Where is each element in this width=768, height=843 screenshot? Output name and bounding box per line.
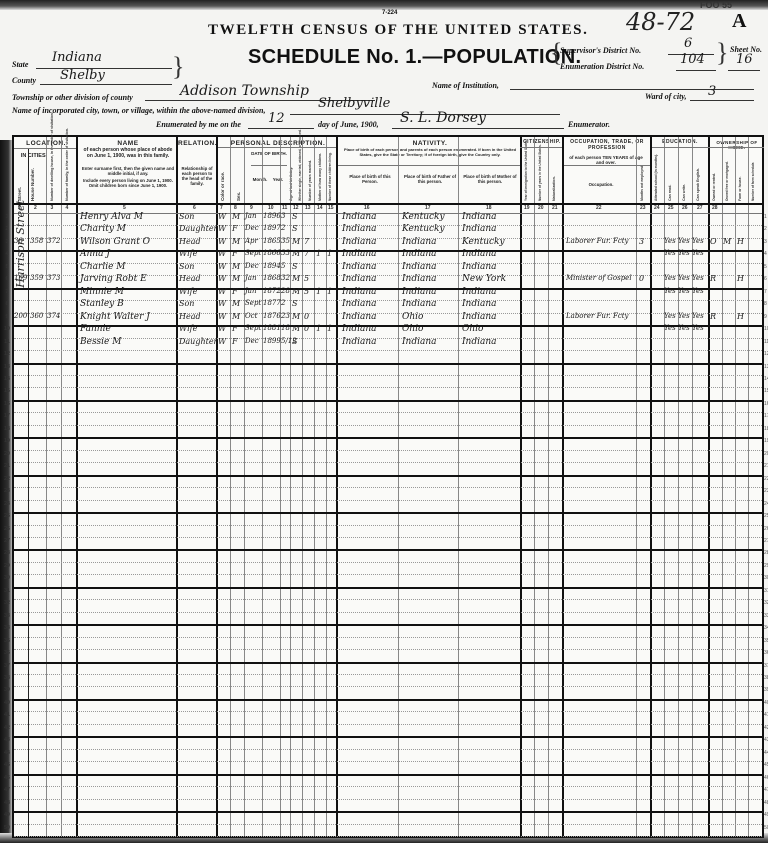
relation: Wife: [179, 287, 197, 296]
column-number: 4: [66, 205, 69, 211]
grid-row-line: [14, 574, 762, 575]
grid-row-line: [14, 662, 762, 664]
line-number-right: 30: [764, 575, 768, 581]
years-married: 0: [304, 312, 309, 321]
grid-row-line: [14, 774, 762, 776]
grid-row-line: [14, 203, 762, 205]
sex: M: [232, 262, 240, 271]
grid-row-line: [14, 500, 762, 501]
birthplace: Indiana: [342, 287, 377, 297]
enumerated-prefix: Enumerated by me on the: [156, 120, 241, 129]
line-number-right: 36: [764, 650, 768, 656]
years-married: 5: [304, 287, 309, 296]
birth-year: 1877: [263, 299, 281, 307]
years-married: 5: [304, 274, 309, 283]
header-month: Month.: [251, 177, 269, 182]
line-number-right: 40: [764, 700, 768, 706]
birthplace: Indiana: [342, 337, 377, 347]
enumerator-line: [392, 128, 564, 129]
line-number: 27: [2, 538, 12, 544]
township-value: Addison Township: [180, 83, 309, 99]
line-number: 38: [2, 675, 12, 681]
line-number-right: 27: [764, 538, 768, 544]
person-name: Charlie M: [80, 262, 126, 272]
occupation: Minister of Gospel: [566, 274, 632, 282]
person-name: Fannie: [80, 324, 111, 334]
line-number: 14: [2, 376, 12, 382]
color: W: [218, 324, 226, 333]
enumeration-line: [676, 70, 716, 71]
can-write: Yes: [678, 312, 690, 320]
line-number-right: 13: [764, 364, 768, 370]
vheader-naturalization: Naturalization.: [552, 163, 556, 201]
birth-year: 1866: [263, 249, 281, 257]
sex: M: [232, 312, 240, 321]
age: 35: [281, 237, 290, 245]
grid-row-line: [14, 599, 762, 600]
grid-row-line: [14, 724, 762, 725]
line-number: 2: [2, 226, 12, 232]
line-number-right: 21: [764, 463, 768, 469]
birth-year: 1868: [263, 274, 281, 282]
father-birthplace: Indiana: [402, 237, 437, 247]
dwelling-number: 360: [30, 312, 43, 320]
line-number: 41: [2, 712, 12, 718]
vheader-can-read: Can read.: [668, 171, 672, 201]
header-year: Year.: [269, 177, 287, 182]
can-write: Yes: [678, 324, 690, 332]
sex: M: [232, 274, 240, 283]
enumeration-value: 104: [680, 52, 705, 67]
birthplace: Indiana: [342, 274, 377, 284]
can-read: Yes: [664, 312, 676, 320]
color: W: [218, 312, 226, 321]
column-number: 16: [364, 205, 370, 211]
vheader-owned-rented: Owned or rented.: [712, 159, 716, 201]
can-read: Yes: [664, 237, 676, 245]
grid-row-line: [14, 761, 762, 762]
birth-month: Apr: [245, 237, 258, 245]
mother-birthplace: Indiana: [462, 312, 497, 322]
vheader-years-in-us: Number of years in the United States.: [538, 151, 542, 201]
line-number-right: 10: [764, 326, 768, 332]
farm-house: H: [737, 237, 744, 246]
line-number-right: 19: [764, 438, 768, 444]
line-number: 16: [2, 401, 12, 407]
line-number: 4: [2, 251, 12, 257]
birth-year: 1899: [263, 337, 281, 345]
years-married: 7: [304, 249, 309, 258]
line-number: 20: [2, 451, 12, 457]
age: 2: [281, 224, 285, 232]
line-number-right: 20: [764, 451, 768, 457]
relation: Wife: [179, 324, 197, 333]
state-value: Indiana: [52, 50, 102, 65]
mother-birthplace: Indiana: [462, 249, 497, 259]
vheader-color: Color or race.: [220, 177, 225, 201]
vheader-owned-free: Owned free or mortgaged.: [725, 153, 729, 201]
mother-of: 1: [316, 249, 321, 258]
column-number: 8: [234, 205, 237, 211]
column-number: 5: [123, 205, 126, 211]
grid-row-line: [14, 699, 762, 701]
relation: Daughter: [179, 337, 217, 346]
sex: F: [232, 324, 238, 333]
line-number: 24: [2, 501, 12, 507]
header-name-desc: of each person whose place of abode on J…: [80, 148, 176, 160]
family-number: 373: [47, 274, 60, 282]
grid-row-line: [14, 562, 762, 563]
line-number: 1: [2, 214, 12, 220]
father-birthplace: Indiana: [402, 337, 437, 347]
birth-year: 1894: [263, 262, 281, 270]
vheader-attended-school: Attended school (in months).: [654, 157, 658, 201]
state-label: State: [12, 60, 28, 69]
line-number-right: 44: [764, 750, 768, 756]
sheet-letter: A: [732, 10, 746, 33]
grid-row-line: [14, 836, 762, 837]
line-number: 23: [2, 488, 12, 494]
grid-row-line: [14, 400, 762, 402]
line-number: 3: [2, 239, 12, 245]
header-occupation-sub: Occupation.: [566, 183, 636, 188]
line-number: 28: [2, 550, 12, 556]
occupation: Laborer Fur. Fcty: [566, 237, 629, 245]
marital-status: S: [292, 337, 297, 346]
line-number: 7: [2, 289, 12, 295]
mother-of: 1: [316, 287, 321, 296]
birthplace: Indiana: [342, 312, 377, 322]
grid-row-line: [520, 147, 562, 148]
line-number-right: 4: [764, 251, 768, 257]
line-number: 8: [2, 301, 12, 307]
line-number: 11: [2, 339, 12, 345]
ward-label: Ward of city,: [645, 92, 687, 101]
grid-row-line: [14, 686, 762, 687]
grid-row-line: [14, 525, 762, 526]
vheader-months-unemployed: Months not employed.: [640, 171, 644, 201]
relation: Son: [179, 299, 194, 308]
birth-month: Jan: [245, 287, 257, 295]
column-number: 3: [51, 205, 54, 211]
grid-row-line: [14, 450, 762, 451]
line-number-right: 26: [764, 526, 768, 532]
grid-row-line: [14, 512, 762, 514]
line-number-right: 25: [764, 513, 768, 519]
birthplace: Indiana: [342, 262, 377, 272]
line-number-right: 22: [764, 476, 768, 482]
grid-row-line: [14, 587, 762, 589]
age: 5: [281, 262, 285, 270]
grid-row-line: [14, 824, 762, 825]
county-value: Shelby: [60, 68, 105, 83]
birth-month: Sept: [245, 299, 261, 307]
age: 23: [281, 312, 290, 320]
family-number: 374: [47, 312, 60, 320]
line-number: 35: [2, 638, 12, 644]
birth-year: 1876: [263, 312, 281, 320]
age: 28: [281, 287, 290, 295]
can-write: Yes: [678, 249, 690, 257]
header-education: EDUCATION.: [652, 140, 708, 146]
birth-month: Dec: [245, 224, 259, 232]
grid-row-line: [14, 711, 762, 712]
sheet-line: [728, 70, 760, 71]
line-number-right: 49: [764, 812, 768, 818]
farm-house: H: [737, 274, 744, 283]
supervisor-value: 6: [684, 36, 692, 51]
birth-year: 1881: [263, 324, 281, 332]
column-number: 14: [317, 205, 323, 211]
grid-row-line: [14, 338, 762, 339]
vheader-farm-house: Farm or house.: [738, 159, 742, 201]
vheader-can-write: Can write.: [682, 171, 686, 201]
ward-value: 3: [708, 84, 716, 99]
grid-row-line: [708, 147, 764, 148]
birthplace: Indiana: [342, 249, 377, 259]
grid-row-line: [14, 225, 762, 226]
birth-month: Jan: [245, 274, 257, 282]
line-number-right: 33: [764, 613, 768, 619]
person-name: Jarving Robt E: [80, 274, 147, 284]
house-number: 200: [14, 312, 27, 320]
grid-row-line: [14, 350, 762, 351]
marital-status: S: [292, 262, 297, 271]
grid-row-line: [14, 250, 762, 252]
grid-row-line: [251, 165, 287, 166]
column-number: 13: [305, 205, 311, 211]
father-birthplace: Indiana: [402, 299, 437, 309]
grid-row-line: [14, 537, 762, 538]
can-read: Yes: [664, 324, 676, 332]
handwritten-reference: 48-72: [626, 8, 695, 36]
column-number: 25: [668, 205, 674, 211]
father-birthplace: Ohio: [402, 312, 423, 322]
speaks-english: Yes: [692, 274, 704, 282]
line-number-right: 2: [764, 226, 768, 232]
grid-row-line: [14, 612, 762, 613]
years-married: 7: [304, 237, 309, 246]
line-number-right: 47: [764, 787, 768, 793]
column-number: 26: [682, 205, 688, 211]
schedule-title: SCHEDULE No. 1.—POPULATION.: [248, 46, 581, 69]
birth-month: Dec: [245, 337, 259, 345]
vheader-house-number: House Number.: [30, 165, 35, 201]
line-number: 39: [2, 687, 12, 693]
grid-row-line: [14, 487, 762, 488]
birth-month: Jan: [245, 212, 257, 220]
mother-of: 1: [316, 324, 321, 333]
line-number-right: 14: [764, 376, 768, 382]
township-label: Township or other division of county: [12, 93, 133, 102]
line-number-right: 41: [764, 712, 768, 718]
father-birthplace: Ohio: [402, 324, 423, 334]
line-number: 15: [2, 388, 12, 394]
header-birth-father: Place of birth of Father of this person.: [402, 175, 458, 185]
line-number: 42: [2, 725, 12, 731]
enumerated-suffix: day of June, 1900,: [318, 120, 379, 129]
relation: Daughter: [179, 224, 217, 233]
line-number-right: 28: [764, 550, 768, 556]
sex: F: [232, 224, 238, 233]
line-number-right: 29: [764, 563, 768, 569]
age: 3: [281, 212, 285, 220]
line-number-right: 50: [764, 825, 768, 831]
marital-status: S: [292, 212, 297, 221]
father-birthplace: Indiana: [402, 274, 437, 284]
mother-birthplace: Kentucky: [462, 237, 505, 247]
color: W: [218, 212, 226, 221]
line-number: 6: [2, 276, 12, 282]
color: W: [218, 262, 226, 271]
grid-row-line: [14, 749, 762, 750]
speaks-english: Yes: [692, 287, 704, 295]
line-number: 13: [2, 364, 12, 370]
column-number: 11: [282, 205, 287, 211]
vheader-family-number: Number of family, in the order of visita…: [65, 151, 69, 201]
mother-birthplace: Ohio: [462, 324, 483, 334]
line-number-right: 18: [764, 426, 768, 432]
side-annotation-street: Harrison Street: [14, 200, 27, 288]
color: W: [218, 337, 226, 346]
vheader-dwelling-number: Number of dwelling house, in the order o…: [50, 151, 54, 201]
column-number: 19: [524, 205, 530, 211]
sex: F: [232, 249, 238, 258]
column-number: 27: [697, 205, 703, 211]
grid-row-line: [14, 462, 762, 463]
grid-row-line: [14, 412, 762, 413]
owned-rented: O: [710, 237, 717, 246]
can-write: Yes: [678, 274, 690, 282]
line-number: 40: [2, 700, 12, 706]
age: 18: [281, 324, 290, 332]
birth-month: Oct: [245, 312, 257, 320]
marital-status: M: [292, 287, 300, 296]
children-living: 1: [327, 249, 332, 258]
form-number: 7-224: [382, 10, 397, 16]
line-number: 9: [2, 314, 12, 320]
grid-row-line: [14, 425, 762, 426]
speaks-english: Yes: [692, 312, 704, 320]
line-number: 45: [2, 762, 12, 768]
line-number-right: 8: [764, 301, 768, 307]
grid-row-line: [14, 300, 762, 301]
marital-status: M: [292, 237, 300, 246]
header-name-note1: Enter surname first, then the given name…: [80, 167, 176, 177]
line-number: 43: [2, 737, 12, 743]
grid-row-line: [14, 325, 762, 327]
marital-status: S: [292, 299, 297, 308]
header-nativity-desc: Place of birth of each person and parent…: [340, 148, 520, 157]
mother-birthplace: New York: [462, 274, 506, 284]
corner-id: FOO 55: [700, 0, 732, 10]
grid-row-line: [338, 165, 520, 166]
birthplace: Indiana: [342, 212, 377, 222]
line-number-right: 11: [764, 339, 768, 345]
grid-row-line: [14, 624, 762, 626]
header-occupation-desc: of each person TEN YEARS of age and over…: [566, 155, 646, 165]
header-name-note2: Include every person living on June 1, 1…: [80, 179, 176, 189]
line-number-right: 48: [764, 800, 768, 806]
owned-rented: R: [710, 312, 716, 321]
sex: M: [232, 212, 240, 221]
line-number: 44: [2, 750, 12, 756]
grid-row-line: [14, 387, 762, 388]
occupation: Laborer Fur. Fcty: [566, 312, 629, 320]
color: W: [218, 249, 226, 258]
line-number: 47: [2, 787, 12, 793]
line-number: 12: [2, 351, 12, 357]
column-number: 21: [552, 205, 558, 211]
children-living: 1: [327, 287, 332, 296]
mother-birthplace: Indiana: [462, 299, 497, 309]
header-ownership: OWNERSHIP OF HOME.: [710, 140, 764, 150]
column-number: 24: [654, 205, 660, 211]
speaks-english: Yes: [692, 237, 704, 245]
owned-free: M: [723, 237, 731, 246]
vheader-speak-english: Can speak English.: [696, 163, 700, 201]
district-brace-right: }: [716, 40, 728, 66]
can-read: Yes: [664, 274, 676, 282]
line-number: 10: [2, 326, 12, 332]
day-line: [248, 128, 314, 129]
header-relation: RELATION.: [178, 140, 216, 147]
grid-row-line: [14, 375, 762, 376]
birthplace: Indiana: [342, 237, 377, 247]
line-number-right: 23: [764, 488, 768, 494]
color: W: [218, 299, 226, 308]
months-unemployed: 3: [639, 237, 644, 246]
line-number: 34: [2, 625, 12, 631]
institution-line: [510, 89, 754, 90]
sex: M: [232, 237, 240, 246]
line-number: 26: [2, 526, 12, 532]
column-number: 2: [34, 205, 37, 211]
father-birthplace: Indiana: [402, 262, 437, 272]
line-number-right: 6: [764, 276, 768, 282]
ward-line: [690, 100, 754, 101]
column-number: 18: [486, 205, 492, 211]
years-married: 0: [304, 324, 309, 333]
header-birth-mother: Place of birth of Mother of this person.: [462, 175, 518, 185]
line-number-right: 15: [764, 388, 768, 394]
grid-row-line: [14, 549, 762, 551]
father-birthplace: Indiana: [402, 287, 437, 297]
owned-rented: R: [710, 274, 716, 283]
enumerator-label: Enumerator.: [568, 120, 610, 129]
line-number: 29: [2, 563, 12, 569]
header-citizenship: CITIZENSHIP.: [522, 140, 562, 146]
birthplace: Indiana: [342, 299, 377, 309]
column-number: 12: [293, 205, 299, 211]
color: W: [218, 274, 226, 283]
speaks-english: Yes: [692, 324, 704, 332]
line-number-right: 45: [764, 762, 768, 768]
population-schedule-table: LOCATION. IN CITIES. NAME of each person…: [12, 135, 764, 838]
column-number: 9: [250, 205, 253, 211]
person-name: Bessie M: [80, 337, 121, 347]
line-number-right: 16: [764, 401, 768, 407]
person-name: Charity M: [80, 224, 126, 234]
vheader-farm-schedule: Number of farm schedule.: [751, 153, 755, 201]
line-number: 19: [2, 438, 12, 444]
city-value: Shelbyville: [318, 96, 390, 111]
header-occupation: OCCUPATION, TRADE, OR PROFESSION: [564, 140, 650, 152]
sheet-value: 16: [736, 52, 753, 67]
person-name: Henry Alva M: [80, 212, 143, 222]
grid-row-line: [14, 786, 762, 787]
line-number: 30: [2, 575, 12, 581]
